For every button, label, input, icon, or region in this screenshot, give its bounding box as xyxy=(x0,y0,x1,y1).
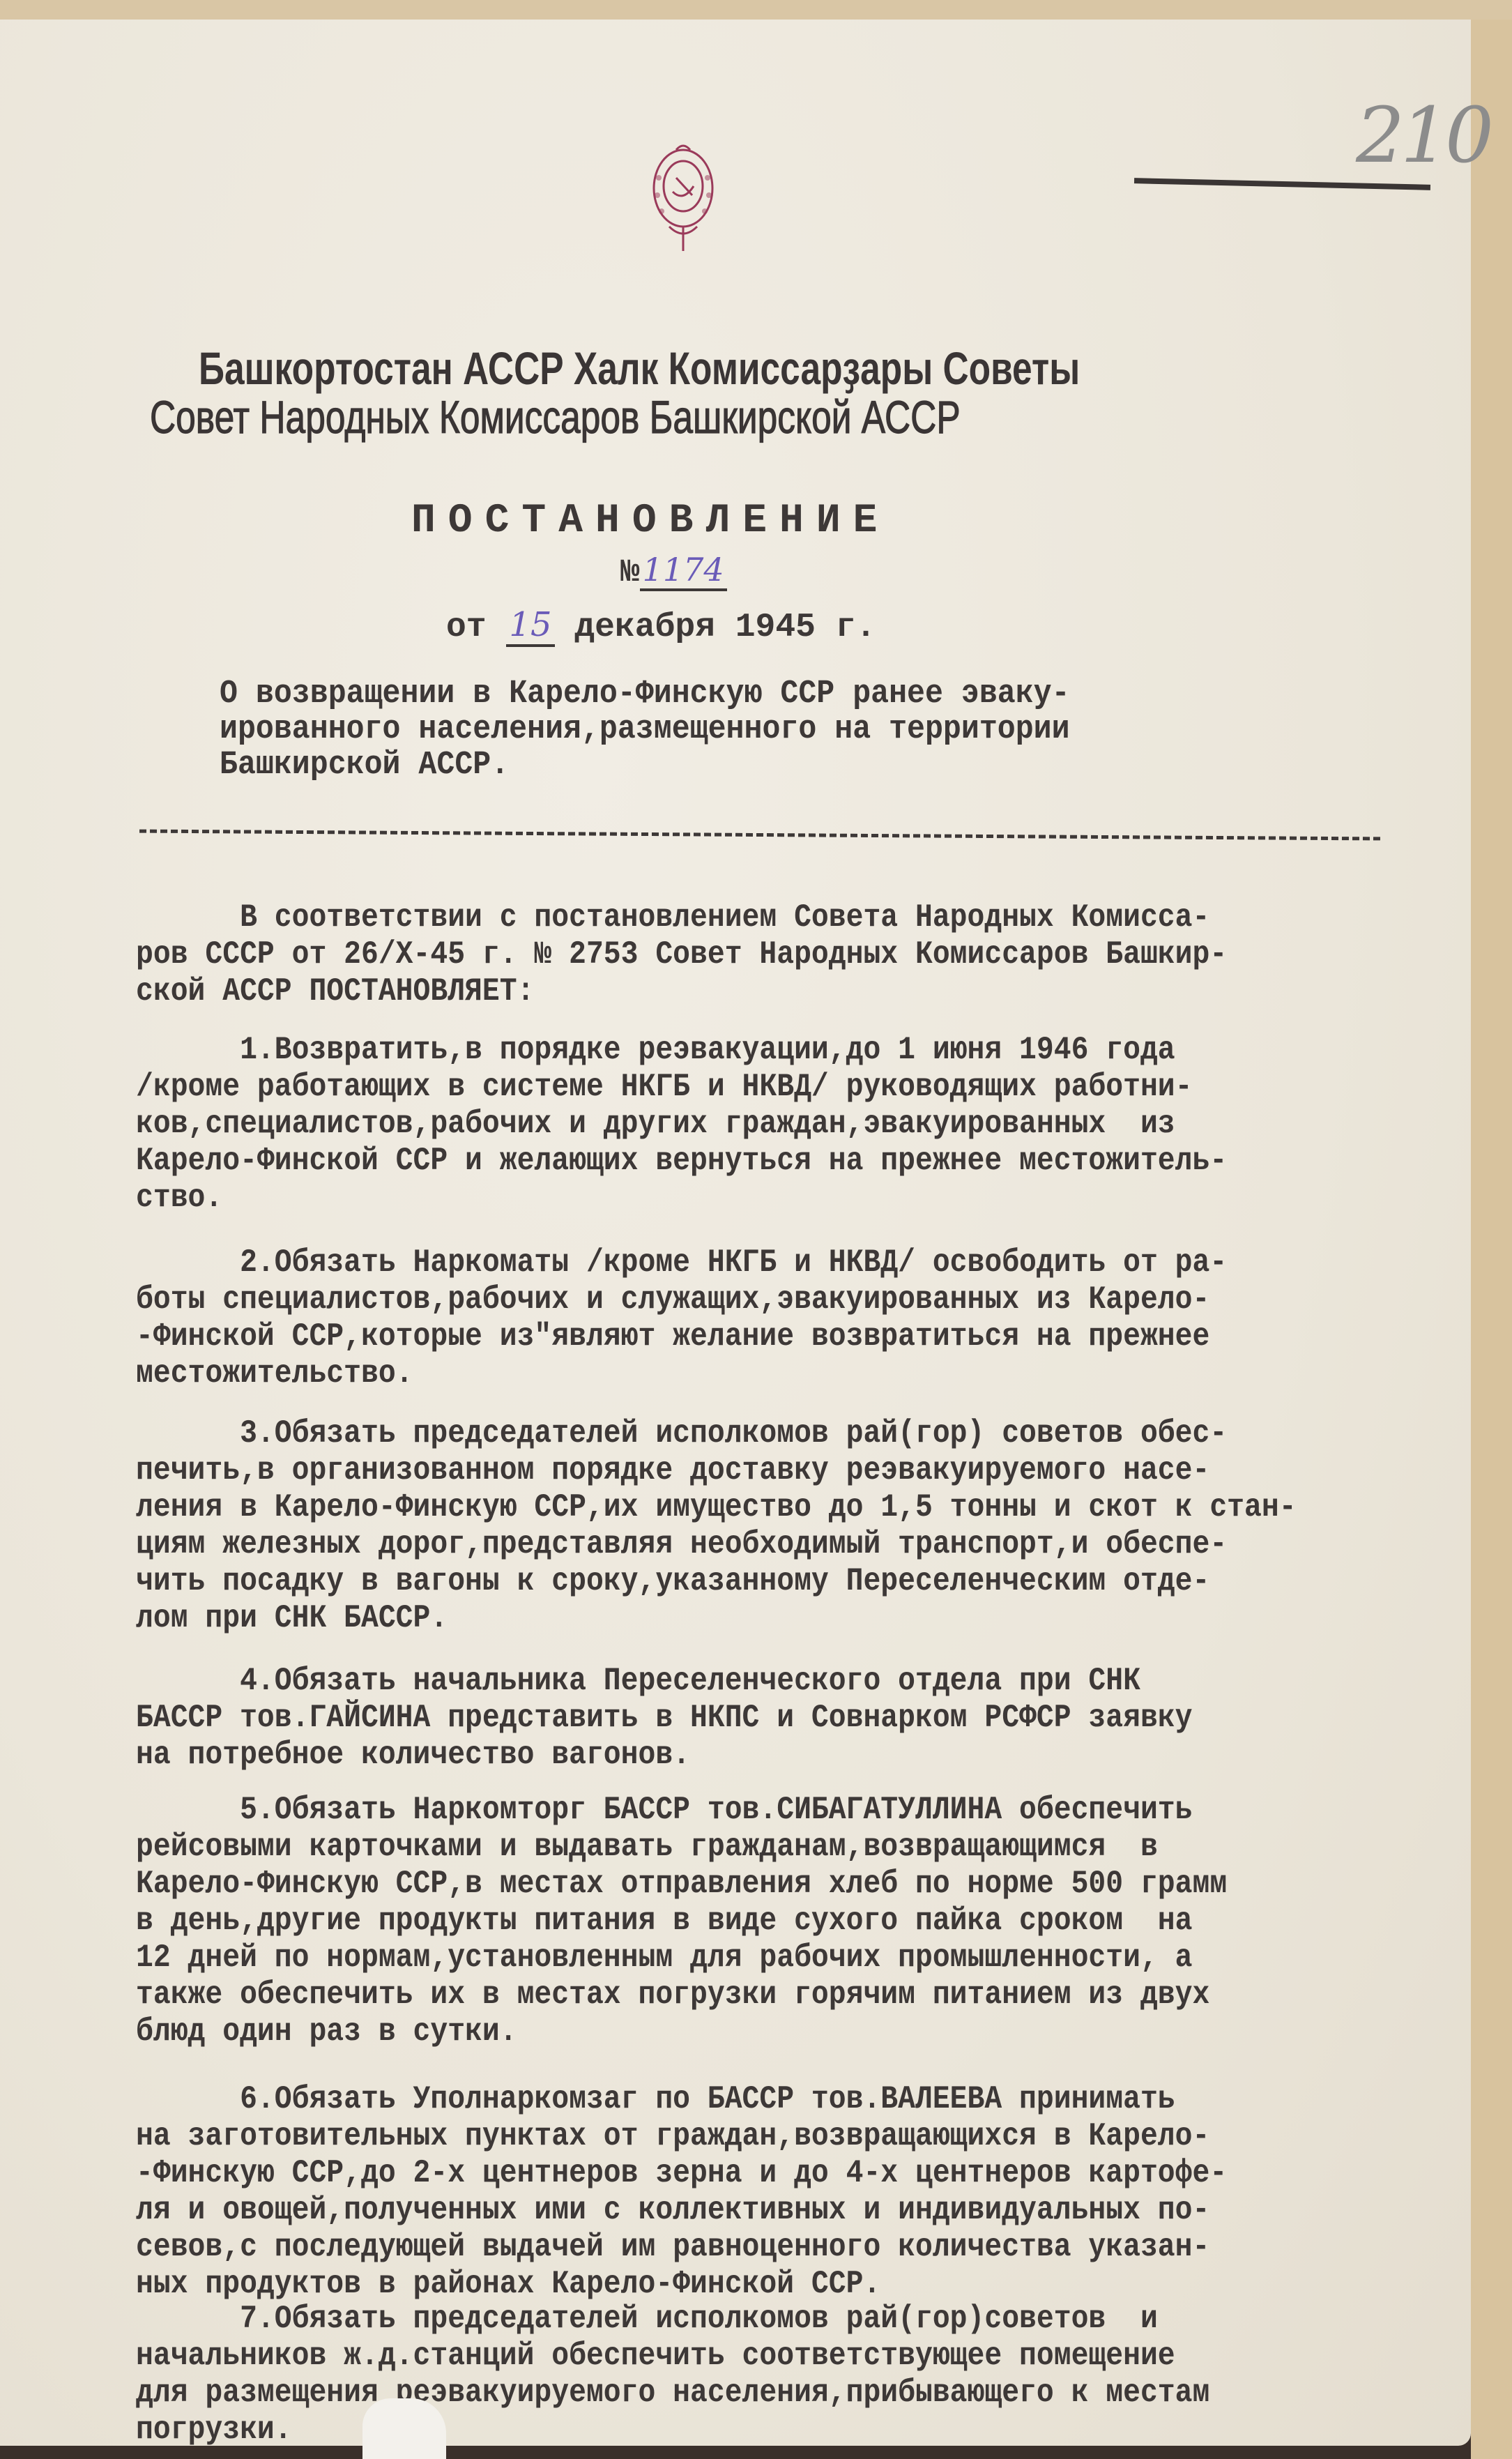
item-6: 6.Обязать Уполнаркомзаг по БАССР тов.ВАЛ… xyxy=(136,2081,1278,2303)
number-prefix: № xyxy=(620,554,640,591)
header-russian: Совет Народных Комиссаров Башкирской АСС… xyxy=(150,390,961,443)
date-rest: декабря 1945 г. xyxy=(574,609,876,646)
state-emblem-icon xyxy=(645,136,721,254)
item-1: 1.Возвратить,в порядке реэвакуации,до 1 … xyxy=(136,1032,1278,1217)
item-3: 3.Обязать председателей исполкомов рай(г… xyxy=(136,1415,1278,1637)
resolution-subject: О возвращении в Карело-Финскую ССР ранее… xyxy=(220,676,1070,783)
item-2: 2.Обязать Наркоматы /кроме НКГБ и НКВД/ … xyxy=(136,1244,1278,1392)
date-day-handwritten: 15 xyxy=(506,605,554,647)
header-bashkir: Башкортостан АССР Халк Комиссарҙары Сове… xyxy=(199,342,1080,395)
folio-number: 210 xyxy=(1356,91,1490,180)
item-4: 4.Обязать начальника Переселенческого от… xyxy=(136,1663,1278,1774)
date-prefix: от xyxy=(446,609,487,646)
document-title: ПОСТАНОВЛЕНИЕ xyxy=(411,498,889,544)
resolution-date: от 15 декабря 1945 г. xyxy=(446,605,876,647)
resolution-number: №1174 xyxy=(620,551,727,591)
number-handwritten: 1174 xyxy=(640,551,727,591)
preamble: В соответствии с постановлением Совета Н… xyxy=(136,899,1278,1010)
paper-tear xyxy=(362,2398,446,2459)
item-5: 5.Обязать Наркомторг БАССР тов.СИБАГАТУЛ… xyxy=(136,1792,1278,2050)
folder-edge-right xyxy=(1471,20,1512,2459)
item-7: 7.Обязать председателей исполкомов рай(г… xyxy=(136,2301,1278,2449)
